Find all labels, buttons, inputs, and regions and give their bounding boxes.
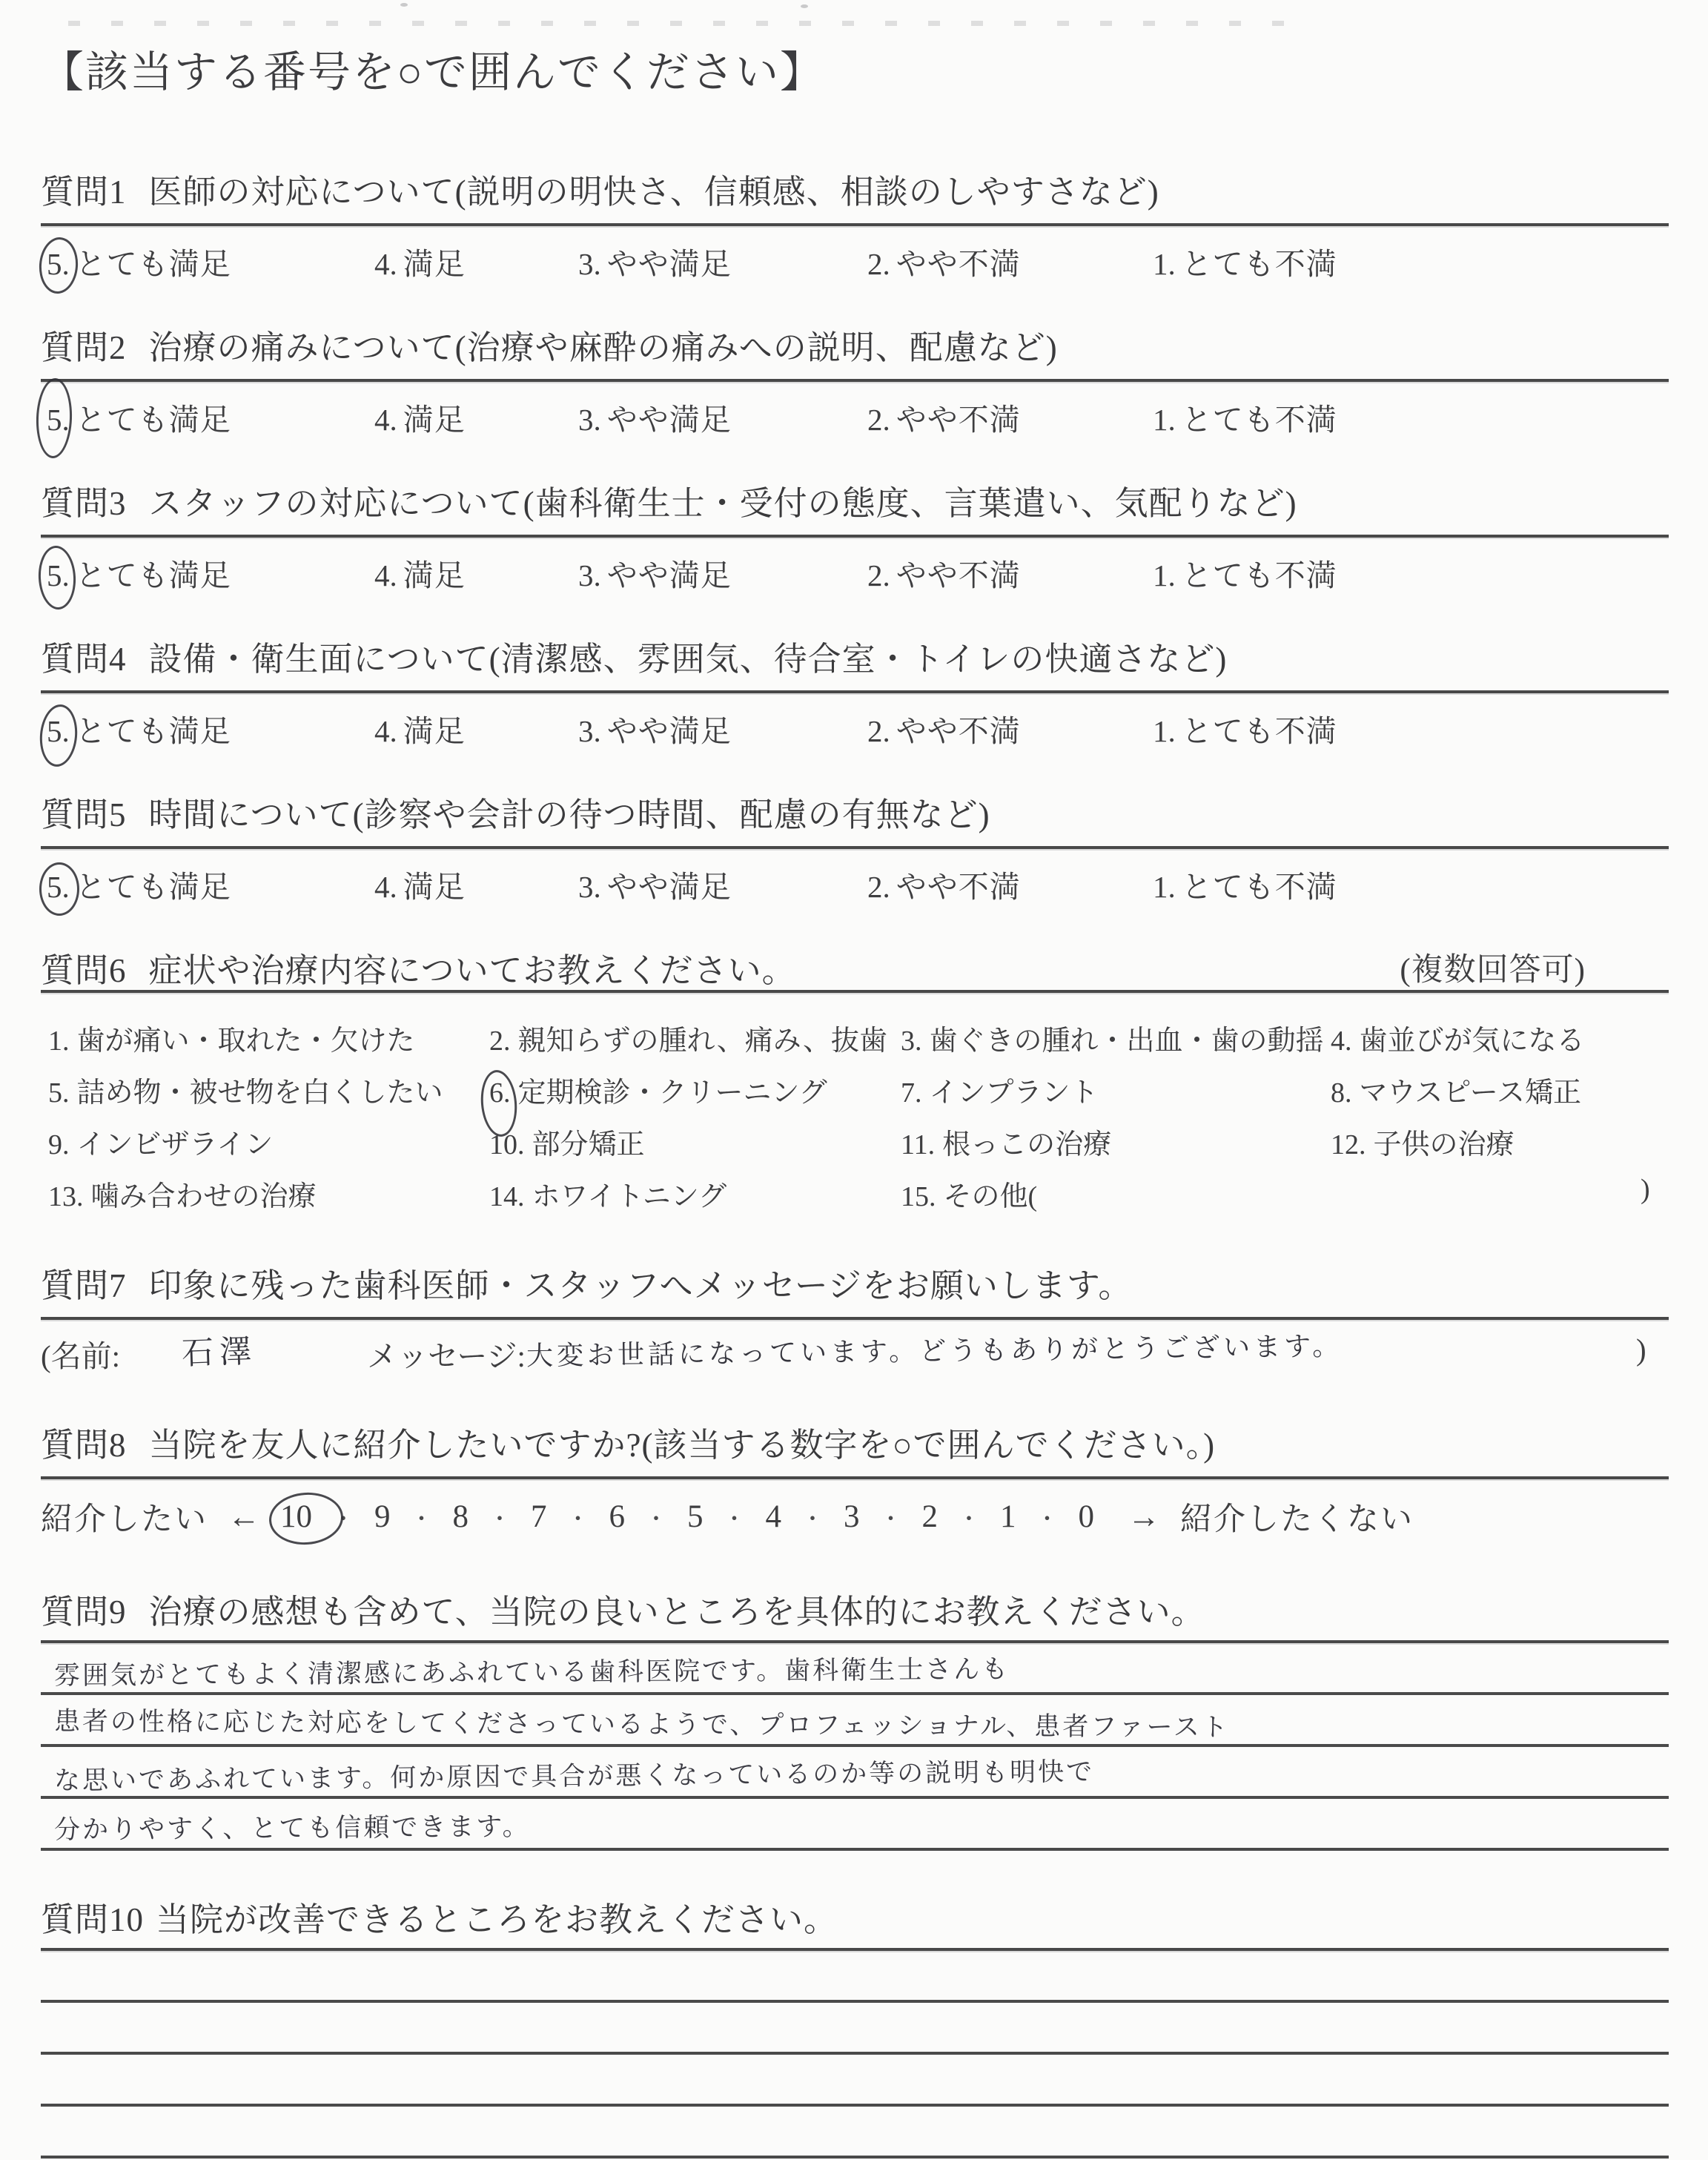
option-label: やや満足 [607, 403, 732, 437]
option-number-text: 3. [578, 870, 601, 904]
question-4-title: 設備・衛生面について(清潔感、雰囲気、待合室・トイレの快適さなど) [149, 641, 1228, 678]
question-10-label: 質問10 [41, 1901, 144, 1938]
question-8-label: 質問8 [41, 1427, 127, 1464]
item-text: 根っこの治療 [942, 1129, 1111, 1160]
option-label: とても満足 [76, 403, 231, 437]
rating-option-2: 2.やや不満 [867, 240, 1021, 283]
item-number-text: 6. [489, 1077, 511, 1109]
item-text: マウスピース矯正 [1360, 1077, 1581, 1109]
option-number: 5. [47, 246, 70, 282]
score-2: 2 [922, 1499, 939, 1535]
option-number-text: 5. [47, 870, 70, 904]
q6-item-2: 2.親知らずの腫れ、痛み、抜歯 [489, 1017, 887, 1058]
name-field-handwritten-value: 石澤 [181, 1326, 258, 1374]
option-number-text: 3. [578, 558, 601, 592]
option-label: とても不満 [1182, 247, 1337, 281]
question-7-answer-row: (名前: 石澤 メッセージ: 大変お世話になっています。どうもありがとうございま… [41, 1332, 1669, 1398]
rating-option-3: 3.やや満足 [578, 240, 732, 283]
option-label: やや満足 [607, 247, 732, 281]
option-number: 1. [1153, 869, 1176, 905]
option-label: とても不満 [1182, 870, 1337, 904]
question-7-heading: 質問7印象に残った歯科医師・スタッフへメッセージをお願いします。 [41, 1258, 1669, 1307]
q6-item-9: 9.インビザライン [48, 1121, 273, 1162]
multiple-answers-note: (複数回答可) [1400, 945, 1586, 990]
name-field-label: (名前: [41, 1332, 120, 1375]
option-number-text: 4. [374, 403, 397, 437]
question-3-block: 質問3スタッフの対応について(歯科衛生士・受付の態度、言葉遣い、気配りなど) 5… [41, 476, 1669, 595]
question-10-block: 質問10当院が改善できるところをお教えください。 [41, 1892, 1669, 2159]
option-number: 5. [47, 869, 70, 905]
option-label: 満足 [403, 870, 466, 904]
item-number: 8. [1331, 1077, 1352, 1109]
question-9-answer-area: 雰囲気がとてもよく清潔感にあふれている歯科医院です。歯科衛生士さんも 患者の性格… [41, 1643, 1669, 1851]
option-label: 満足 [403, 403, 466, 437]
option-number: 3. [578, 558, 601, 593]
right-arrow-icon: → [1128, 1498, 1160, 1536]
q6-item-15: 15.その他( [901, 1173, 1037, 1214]
option-number: 2. [867, 246, 890, 282]
rating-option-4: 4.満足 [374, 240, 466, 283]
rating-option-1: 1.とても不満 [1153, 395, 1337, 439]
question-4-options: 5.とても満足 4.満足 3.やや満足 2.やや不満 1.とても不満 [41, 707, 1669, 751]
divider-rule [41, 1317, 1669, 1320]
item-text: 親知らずの腫れ、痛み、抜歯 [518, 1025, 888, 1057]
question-9-heading: 質問9治療の感想も含めて、当院の良いところを具体的にお教えください。 [41, 1585, 1669, 1633]
divider-rule [41, 990, 1669, 993]
handwritten-answer-line-3: な思いであふれています。何か原因で具合が悪くなっているのか等の説明も明快で [54, 1751, 1095, 1797]
option-number: 3. [578, 869, 601, 905]
answer-line-blank [41, 2003, 1669, 2055]
rating-option-5: 5.とても満足 [47, 395, 231, 439]
scan-speck [801, 4, 808, 8]
scale-dot: ・ [724, 1501, 746, 1533]
q6-item-10: 10.部分矯正 [489, 1121, 645, 1162]
item-number: 10. [489, 1129, 525, 1161]
question-1-label: 質問1 [41, 174, 127, 211]
option-label: とても不満 [1182, 714, 1337, 748]
message-field-handwritten-value: 大変お世話になっています。どうもありがとうございます。 [526, 1325, 1343, 1373]
rating-option-5: 5.とても満足 [47, 862, 231, 906]
question-2-block: 質問2治療の痛みについて(治療や麻酔の痛みへの説明、配慮など) 5.とても満足 … [41, 320, 1669, 440]
option-label: とても満足 [76, 870, 231, 904]
option-number-text: 4. [374, 247, 397, 281]
rating-option-3: 3.やや満足 [578, 395, 732, 439]
rating-option-4: 4.満足 [374, 862, 466, 906]
item-number: 14. [489, 1180, 525, 1213]
rating-option-3: 3.やや満足 [578, 707, 732, 750]
question-3-options: 5.とても満足 4.満足 3.やや満足 2.やや不満 1.とても不満 [41, 551, 1669, 595]
option-number: 4. [374, 402, 397, 437]
option-label: とても満足 [76, 714, 231, 748]
message-field-label: メッセージ: [367, 1332, 526, 1375]
answer-line: 分かりやすく、とても信頼できます。 [41, 1799, 1669, 1851]
score-text: 10 [280, 1499, 312, 1534]
question-8-heading: 質問8当院を友人に紹介したいですか?(該当する数字を○で囲んでください。) [41, 1418, 1669, 1466]
option-number-text: 4. [374, 558, 397, 592]
option-number-text: 3. [578, 247, 601, 281]
option-number-text: 1. [1153, 870, 1176, 904]
score-4: 4 [766, 1499, 782, 1535]
question-4-block: 質問4設備・衛生面について(清潔感、雰囲気、待合室・トイレの快適さなど) 5.と… [41, 632, 1669, 751]
option-number-text: 2. [867, 714, 890, 748]
q6-other-close-paren: ) [1641, 1173, 1650, 1206]
divider-rule [41, 690, 1669, 693]
item-text: インプラント [930, 1077, 1099, 1109]
item-number: 1. [48, 1025, 70, 1057]
rating-option-2: 2.やや不満 [867, 862, 1021, 906]
option-label: やや不満 [896, 403, 1021, 437]
option-number-text: 1. [1153, 403, 1176, 437]
item-number: 15. [901, 1180, 936, 1213]
scale-dot: ・ [958, 1501, 980, 1533]
answer-line: な思いであふれています。何か原因で具合が悪くなっているのか等の説明も明快で [41, 1747, 1669, 1799]
item-number: 4. [1331, 1025, 1352, 1057]
question-5-block: 質問5時間について(診察や会計の待つ時間、配慮の有無など) 5.とても満足 4.… [41, 787, 1669, 907]
scan-artifact [68, 21, 1284, 26]
q6-item-7: 7.インプラント [901, 1069, 1099, 1110]
score-6: 6 [609, 1499, 626, 1535]
rating-option-5: 5.とても満足 [47, 240, 231, 283]
option-number: 2. [867, 713, 890, 749]
left-arrow-icon: ← [228, 1498, 260, 1536]
recommend-right-label: 紹介したくない [1180, 1494, 1414, 1539]
handwritten-answer-line-2: 患者の性格に応じた対応をしてくださっているようで、プロフェッショナル、患者ファー… [54, 1701, 1230, 1744]
close-paren: ) [1636, 1332, 1646, 1367]
question-10-answer-area [41, 1951, 1669, 2159]
option-number-text: 1. [1153, 714, 1176, 748]
rating-option-4: 4.満足 [374, 395, 466, 439]
option-label: やや満足 [607, 714, 732, 748]
q6-item-4: 4.歯並びが気になる [1331, 1017, 1585, 1058]
answer-line-blank [41, 1951, 1669, 2003]
item-text: 詰め物・被せ物を白くしたい [77, 1077, 443, 1109]
option-label: とても満足 [76, 247, 231, 281]
option-number: 1. [1153, 713, 1176, 749]
rating-option-4: 4.満足 [374, 707, 466, 750]
divider-rule [41, 535, 1669, 538]
question-1-title: 医師の対応について(説明の明快さ、信頼感、相談のしやすさなど) [149, 174, 1159, 211]
question-2-label: 質問2 [41, 329, 127, 366]
option-number-text: 2. [867, 558, 890, 592]
item-number: 2. [489, 1025, 511, 1057]
q6-item-6: 6.定期検診・クリーニング [489, 1069, 827, 1110]
rating-option-3: 3.やや満足 [578, 862, 732, 906]
score-5: 5 [687, 1499, 704, 1535]
divider-rule [41, 379, 1669, 382]
item-text: その他( [944, 1181, 1038, 1212]
score-3: 3 [844, 1499, 860, 1535]
q6-item-3: 3.歯ぐきの腫れ・出血・歯の動揺 [901, 1017, 1324, 1058]
option-number: 1. [1153, 558, 1176, 593]
item-number: 3. [901, 1025, 922, 1057]
question-8-title: 当院を友人に紹介したいですか?(該当する数字を○で囲んでください。) [149, 1427, 1216, 1464]
question-7-title: 印象に残った歯科医師・スタッフへメッセージをお願いします。 [149, 1267, 1133, 1304]
option-number-text: 3. [578, 714, 601, 748]
scale-dot: ・ [1036, 1501, 1059, 1533]
question-6-block: 質問6症状や治療内容についてお教えください。 (複数回答可) 1.歯が痛い・取れ… [41, 943, 1669, 1240]
rating-option-1: 1.とても不満 [1153, 240, 1337, 283]
question-2-title: 治療の痛みについて(治療や麻酔の痛みへの説明、配慮など) [149, 329, 1058, 366]
option-number: 4. [374, 869, 397, 905]
option-label: やや満足 [607, 870, 732, 904]
question-2-options: 5.とても満足 4.満足 3.やや満足 2.やや不満 1.とても不満 [41, 395, 1669, 440]
score-0: 0 [1079, 1499, 1095, 1535]
recommend-scale-row: 紹介したい ← 10 ・ 9 ・ 8 ・ 7 ・ 6 ・ 5 ・ 4 ・ 3 ・… [41, 1494, 1669, 1539]
answer-line-blank [41, 2055, 1669, 2107]
option-number-text: 2. [867, 247, 890, 281]
question-10-heading: 質問10当院が改善できるところをお教えください。 [41, 1892, 1669, 1941]
question-6-title: 症状や治療内容についてお教えください。 [149, 952, 796, 989]
scale-dot: ・ [567, 1501, 589, 1533]
option-label: やや不満 [896, 714, 1021, 748]
q6-item-1: 1.歯が痛い・取れた・欠けた [48, 1017, 415, 1058]
question-2-heading: 質問2治療の痛みについて(治療や麻酔の痛みへの説明、配慮など) [41, 320, 1669, 369]
question-5-label: 質問5 [41, 796, 127, 833]
item-number: 11. [901, 1129, 935, 1161]
item-number: 6. [489, 1077, 511, 1109]
rating-option-5: 5.とても満足 [47, 707, 231, 750]
divider-rule [41, 846, 1669, 849]
option-number-text: 5. [47, 403, 70, 437]
scale-dot: ・ [411, 1501, 433, 1533]
option-label: とても不満 [1182, 558, 1337, 592]
option-number: 2. [867, 402, 890, 437]
scale-dot: ・ [332, 1501, 354, 1533]
option-number-text: 1. [1153, 247, 1176, 281]
option-label: とても不満 [1182, 403, 1337, 437]
item-text: 歯が痛い・取れた・欠けた [77, 1025, 415, 1057]
option-number: 2. [867, 869, 890, 905]
question-3-title: スタッフの対応について(歯科衛生士・受付の態度、言葉遣い、気配りなど) [149, 485, 1297, 522]
option-number-text: 2. [867, 403, 890, 437]
rating-option-5: 5.とても満足 [47, 551, 231, 595]
divider-rule [41, 223, 1669, 226]
scale-dot: ・ [880, 1501, 902, 1533]
item-text: 子供の治療 [1374, 1129, 1515, 1160]
option-number-text: 4. [374, 870, 397, 904]
scale-dot: ・ [645, 1501, 667, 1533]
question-3-heading: 質問3スタッフの対応について(歯科衛生士・受付の態度、言葉遣い、気配りなど) [41, 476, 1669, 524]
question-6-label: 質問6 [41, 952, 127, 989]
item-text: 歯並びが気になる [1360, 1025, 1585, 1057]
answer-line: 雰囲気がとてもよく清潔感にあふれている歯科医院です。歯科衛生士さんも [41, 1643, 1669, 1695]
q6-item-5: 5.詰め物・被せ物を白くしたい [48, 1069, 443, 1110]
option-number: 5. [47, 402, 70, 437]
option-number: 4. [374, 246, 397, 282]
option-label: 満足 [403, 247, 466, 281]
rating-option-2: 2.やや不満 [867, 707, 1021, 750]
option-number-text: 5. [47, 247, 70, 281]
option-number-text: 4. [374, 714, 397, 748]
handwritten-answer-line-4: 分かりやすく、とても信頼できます。 [54, 1806, 531, 1846]
score-10: 10 [280, 1499, 312, 1535]
score-7: 7 [531, 1499, 547, 1535]
item-text: 歯ぐきの腫れ・出血・歯の動揺 [930, 1025, 1324, 1057]
question-5-options: 5.とても満足 4.満足 3.やや満足 2.やや不満 1.とても不満 [41, 862, 1669, 907]
option-number: 4. [374, 558, 397, 593]
option-number-text: 5. [47, 558, 70, 592]
rating-option-4: 4.満足 [374, 551, 466, 595]
item-text: ホワイトニング [532, 1181, 727, 1212]
option-label: 満足 [403, 558, 466, 592]
q6-item-11: 11.根っこの治療 [901, 1121, 1111, 1162]
question-10-title: 当院が改善できるところをお教えください。 [156, 1901, 838, 1938]
option-number: 3. [578, 402, 601, 437]
option-number: 4. [374, 713, 397, 749]
option-label: とても満足 [76, 558, 231, 592]
question-8-block: 質問8当院を友人に紹介したいですか?(該当する数字を○で囲んでください。) 紹介… [41, 1418, 1669, 1539]
scale-dot: ・ [489, 1501, 511, 1533]
item-text: インビザライン [77, 1129, 274, 1160]
question-5-title: 時間について(診察や会計の待つ時間、配慮の有無など) [149, 796, 990, 833]
option-number-text: 2. [867, 870, 890, 904]
question-4-heading: 質問4設備・衛生面について(清潔感、雰囲気、待合室・トイレの快適さなど) [41, 632, 1669, 680]
recommend-left-label: 紹介したい [41, 1494, 208, 1539]
score-1: 1 [1000, 1499, 1016, 1535]
question-9-label: 質問9 [41, 1593, 127, 1631]
item-text: 定期検診・クリーニング [518, 1077, 827, 1109]
option-number-text: 1. [1153, 558, 1176, 592]
question-4-label: 質問4 [41, 641, 127, 678]
question-9-block: 質問9治療の感想も含めて、当院の良いところを具体的にお教えください。 雰囲気がと… [41, 1585, 1669, 1851]
question-1-options: 5.とても満足 4.満足 3.やや満足 2.やや不満 1.とても不満 [41, 240, 1669, 284]
question-9-title: 治療の感想も含めて、当院の良いところを具体的にお教えください。 [149, 1593, 1205, 1631]
rating-option-2: 2.やや不満 [867, 395, 1021, 439]
page-title: 【該当する番号を○で囲んでください】 [41, 37, 824, 99]
option-label: やや不満 [896, 870, 1021, 904]
q6-item-12: 12.子供の治療 [1331, 1121, 1515, 1162]
rating-option-2: 2.やや不満 [867, 551, 1021, 595]
question-5-heading: 質問5時間について(診察や会計の待つ時間、配慮の有無など) [41, 787, 1669, 836]
rating-option-1: 1.とても不満 [1153, 707, 1337, 750]
option-label: やや満足 [607, 558, 732, 592]
item-number: 5. [48, 1077, 70, 1109]
item-number: 7. [901, 1077, 922, 1109]
divider-rule [41, 1476, 1669, 1479]
score-9: 9 [374, 1499, 391, 1535]
answer-line: 患者の性格に応じた対応をしてくださっているようで、プロフェッショナル、患者ファー… [41, 1695, 1669, 1747]
option-number: 1. [1153, 402, 1176, 437]
option-label: やや不満 [896, 247, 1021, 281]
score-8: 8 [453, 1499, 469, 1535]
q6-item-8: 8.マウスピース矯正 [1331, 1069, 1581, 1110]
answer-line-blank [41, 2107, 1669, 2159]
rating-option-3: 3.やや満足 [578, 551, 732, 595]
item-text: 部分矯正 [532, 1129, 645, 1160]
question-7-block: 質問7印象に残った歯科医師・スタッフへメッセージをお願いします。 (名前: 石澤… [41, 1258, 1669, 1398]
rating-option-1: 1.とても不満 [1153, 862, 1337, 906]
option-number: 5. [47, 558, 70, 593]
question-7-label: 質問7 [41, 1267, 127, 1304]
option-number-text: 3. [578, 403, 601, 437]
question-1-block: 質問1医師の対応について(説明の明快さ、信頼感、相談のしやすさなど) 5.とても… [41, 165, 1669, 284]
item-number: 12. [1331, 1129, 1366, 1161]
question-3-label: 質問3 [41, 485, 127, 522]
option-number-text: 5. [47, 714, 70, 748]
rating-option-1: 1.とても不満 [1153, 551, 1337, 595]
option-number: 2. [867, 558, 890, 593]
item-text: 噛み合わせの治療 [91, 1181, 317, 1212]
option-label: やや不満 [896, 558, 1021, 592]
option-number: 1. [1153, 246, 1176, 282]
item-number: 13. [48, 1180, 84, 1213]
question-1-heading: 質問1医師の対応について(説明の明快さ、信頼感、相談のしやすさなど) [41, 165, 1669, 213]
scan-speck [400, 3, 408, 7]
option-number: 5. [47, 713, 70, 749]
q6-item-14: 14.ホワイトニング [489, 1173, 726, 1214]
scale-dot: ・ [801, 1501, 824, 1533]
option-label: 満足 [403, 714, 466, 748]
handwritten-answer-line-1: 雰囲気がとてもよく清潔感にあふれている歯科医院です。歯科衛生士さんも [54, 1649, 1010, 1693]
q6-item-13: 13.噛み合わせの治療 [48, 1173, 317, 1214]
option-number: 3. [578, 246, 601, 282]
option-number: 3. [578, 713, 601, 749]
item-number: 9. [48, 1129, 70, 1161]
